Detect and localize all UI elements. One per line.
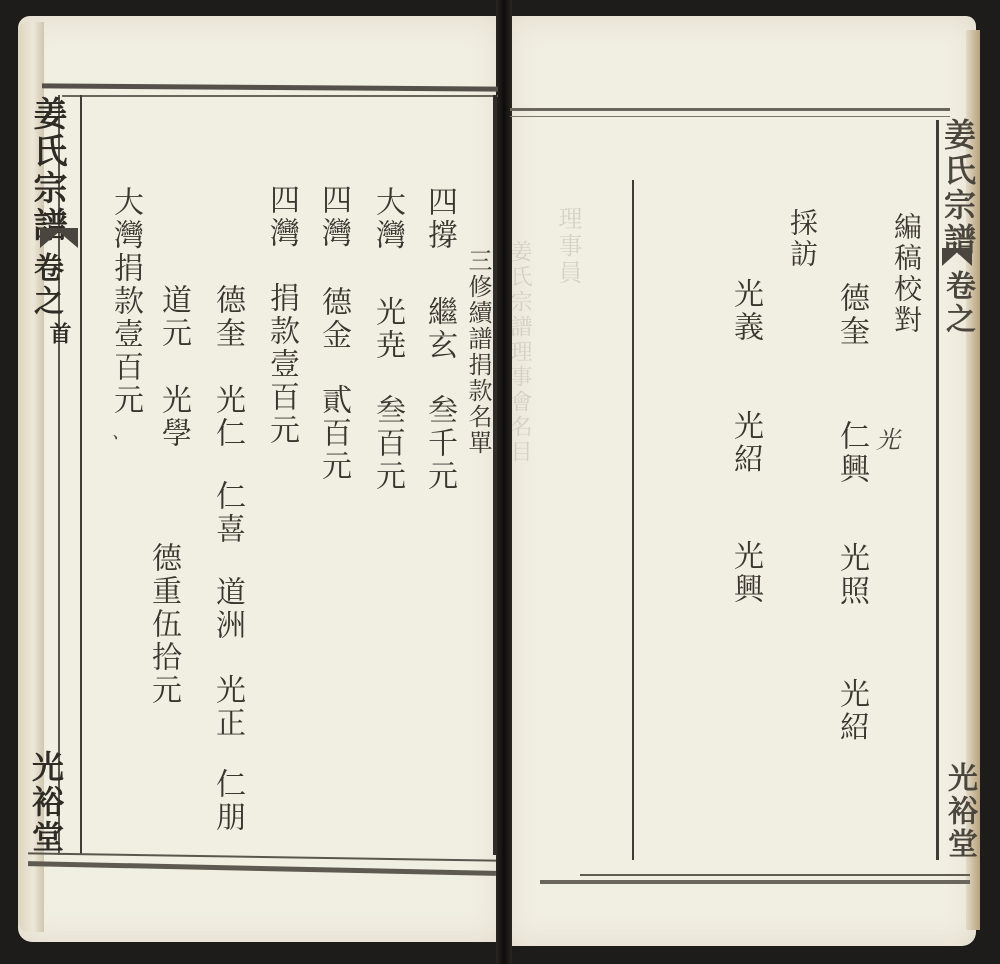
donor-name-daozhou: 道洲 — [212, 576, 242, 642]
donor-place-2: 大灣 — [372, 186, 402, 252]
donor-amount-1: 叁千元 — [424, 394, 454, 493]
left-page-heading: 三修續譜捐款名單 — [466, 248, 490, 456]
donor-amount-3: 貳百元 — [318, 384, 348, 483]
donor-name-3: 德金 — [318, 286, 348, 352]
editor-guangzhao: 光照 — [836, 542, 866, 608]
donor-place-4: 四灣 — [266, 184, 296, 250]
donor-place-3: 四灣 — [318, 184, 348, 250]
book-gutter — [496, 0, 512, 964]
left-heading-rule — [493, 95, 497, 855]
right-bottom-inner-border — [580, 874, 970, 876]
ink-mark: 、 — [112, 418, 130, 444]
donor-name-guangzheng: 光正 — [212, 674, 242, 740]
donor-place-1: 四撐 — [424, 186, 454, 252]
donor-name-1: 繼玄 — [424, 296, 454, 362]
donor-name-guangren: 光仁 — [212, 384, 242, 450]
donor-name-2: 光尭 — [372, 296, 402, 362]
handwritten-annotation: 光 — [876, 420, 900, 455]
interviewer-guangyi: 光義 — [730, 278, 760, 344]
left-margin-title: 姜氏宗譜 — [30, 96, 64, 244]
interviewer-guangshao: 光紹 — [730, 410, 760, 476]
bleed-through-label: 理事員 — [556, 206, 580, 287]
donor-name-guangxue: 光學 — [158, 384, 188, 450]
donor-name-renpeng: 仁朋 — [212, 768, 242, 834]
donor-name-dekui: 德奎 — [212, 284, 242, 350]
right-margin-title: 姜氏宗譜 — [942, 118, 974, 258]
right-hall-name: 光裕堂 — [944, 762, 974, 861]
donor-name-daoyuan: 道元 — [158, 284, 188, 350]
section-label-editing: 編稿校對 — [892, 212, 920, 336]
right-bottom-border — [540, 880, 970, 884]
right-top-inner-border — [510, 116, 950, 117]
left-top-inner-border — [62, 95, 498, 97]
donor-dezhong: 德重伍拾元 — [148, 542, 178, 707]
donor-amount-4: 捐款壹百元 — [266, 282, 296, 447]
dawan-donation: 大灣捐款壹百元 — [110, 186, 140, 417]
left-hall-name: 光裕堂 — [30, 750, 62, 855]
left-volume-label: 卷之 — [30, 252, 60, 318]
interviewer-guangxing: 光興 — [730, 540, 760, 606]
donor-amount-2: 叁百元 — [372, 394, 402, 493]
editor-guangshao: 光紹 — [836, 678, 866, 744]
left-volume-sub: 首 — [48, 322, 70, 346]
right-page — [506, 16, 976, 946]
right-volume-label: 卷之 — [942, 270, 972, 336]
editor-dekui: 德奎 — [836, 282, 866, 348]
right-column-divider — [632, 180, 634, 860]
section-label-interview: 採訪 — [788, 208, 816, 270]
right-top-border — [510, 108, 950, 111]
editor-renxing: 仁興 — [836, 420, 866, 486]
left-margin-line — [80, 95, 82, 855]
bleed-through-heading: 姜氏宗譜理事會名目 — [508, 240, 530, 465]
donor-name-renxi: 仁喜 — [212, 480, 242, 546]
